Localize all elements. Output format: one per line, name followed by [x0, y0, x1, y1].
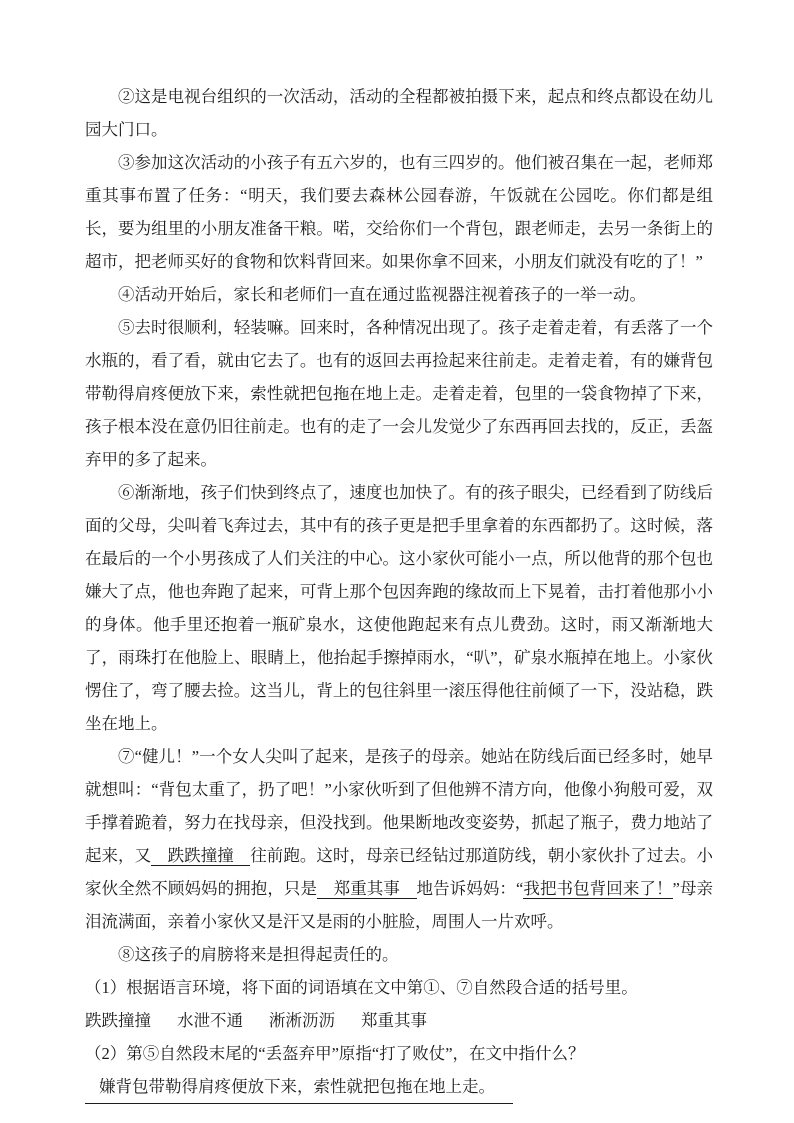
paragraph-text: 地告诉妈妈：“ [417, 879, 524, 898]
paragraph-6: ⑥渐渐地，孩子们快到终点了，速度也加快了。有的孩子眼尖，已经看到了防线后面的父母… [85, 476, 713, 740]
paragraph-text: ②这是电视台组织的一次活动，活动的全程都被拍摄下来，起点和终点都设在幼儿园大门口… [85, 87, 713, 139]
underlined-quote: 我把书包背回来了！ [523, 879, 672, 899]
paragraph-5: ⑤去时很顺利，轻装嘛。回来时，各种情况出现了。孩子走着走着，有丢落了一个水瓶的，… [85, 311, 713, 476]
question-2: （2）第⑤自然段末尾的“丢盔弃甲”原指“打了败仗”，在文中指什么？ [85, 1037, 713, 1070]
word-bank-item-4: 郑重其事 [361, 1011, 427, 1030]
paragraph-text: ③参加这次活动的小孩子有五六岁的，也有三四岁的。他们被召集在一起，老师郑重其事布… [85, 153, 713, 271]
paragraph-8: ⑧这孩子的肩膀将来是担得起责任的。 [85, 938, 713, 971]
paragraph-4: ④活动开始后，家长和老师们一直在通过监视器注视着孩子的一举一动。 [85, 278, 713, 311]
question-1-text: （1）根据语言环境，将下面的词语填在文中第①、⑦自然段合适的括号里。 [85, 978, 638, 997]
paragraph-7: ⑦“健儿！”一个女人尖叫了起来，是孩子的母亲。她站在防线后面已经多时，她早就想叫… [85, 740, 713, 938]
word-bank: 跌跌撞撞水泄不通淅淅沥沥郑重其事 [85, 1004, 713, 1037]
paragraph-3: ③参加这次活动的小孩子有五六岁的，也有三四岁的。他们被召集在一起，老师郑重其事布… [85, 146, 713, 278]
answer-text: 嫌背包带勒得肩疼便放下来，索性就把包拖在地上走。 [85, 1070, 513, 1104]
paragraph-2: ②这是电视台组织的一次活动，活动的全程都被拍摄下来，起点和终点都设在幼儿园大门口… [85, 80, 713, 146]
word-bank-item-2: 水泄不通 [177, 1011, 243, 1030]
word-bank-item-1: 跌跌撞撞 [85, 1011, 151, 1030]
fill-in-blank-word-1: 跌跌撞撞 [151, 846, 250, 866]
paragraph-text: ⑤去时很顺利，轻装嘛。回来时，各种情况出现了。孩子走着走着，有丢落了一个水瓶的，… [85, 318, 713, 469]
question-2-text: （2）第⑤自然段末尾的“丢盔弃甲”原指“打了败仗”，在文中指什么？ [85, 1044, 585, 1063]
word-bank-item-3: 淅淅沥沥 [269, 1011, 335, 1030]
paragraph-text: ⑧这孩子的肩膀将来是担得起责任的。 [118, 945, 399, 964]
document-page: ②这是电视台组织的一次活动，活动的全程都被拍摄下来，起点和终点都设在幼儿园大门口… [0, 0, 794, 1123]
paragraph-text: ⑥渐渐地，孩子们快到终点了，速度也加快了。有的孩子眼尖，已经看到了防线后面的父母… [85, 483, 713, 733]
reading-passage: ②这是电视台组织的一次活动，活动的全程都被拍摄下来，起点和终点都设在幼儿园大门口… [85, 80, 713, 1104]
paragraph-text: ④活动开始后，家长和老师们一直在通过监视器注视着孩子的一举一动。 [118, 285, 646, 304]
fill-in-blank-word-2: 郑重其事 [317, 879, 416, 899]
answer-line: 嫌背包带勒得肩疼便放下来，索性就把包拖在地上走。 [85, 1070, 713, 1104]
question-1: （1）根据语言环境，将下面的词语填在文中第①、⑦自然段合适的括号里。 [85, 971, 713, 1004]
